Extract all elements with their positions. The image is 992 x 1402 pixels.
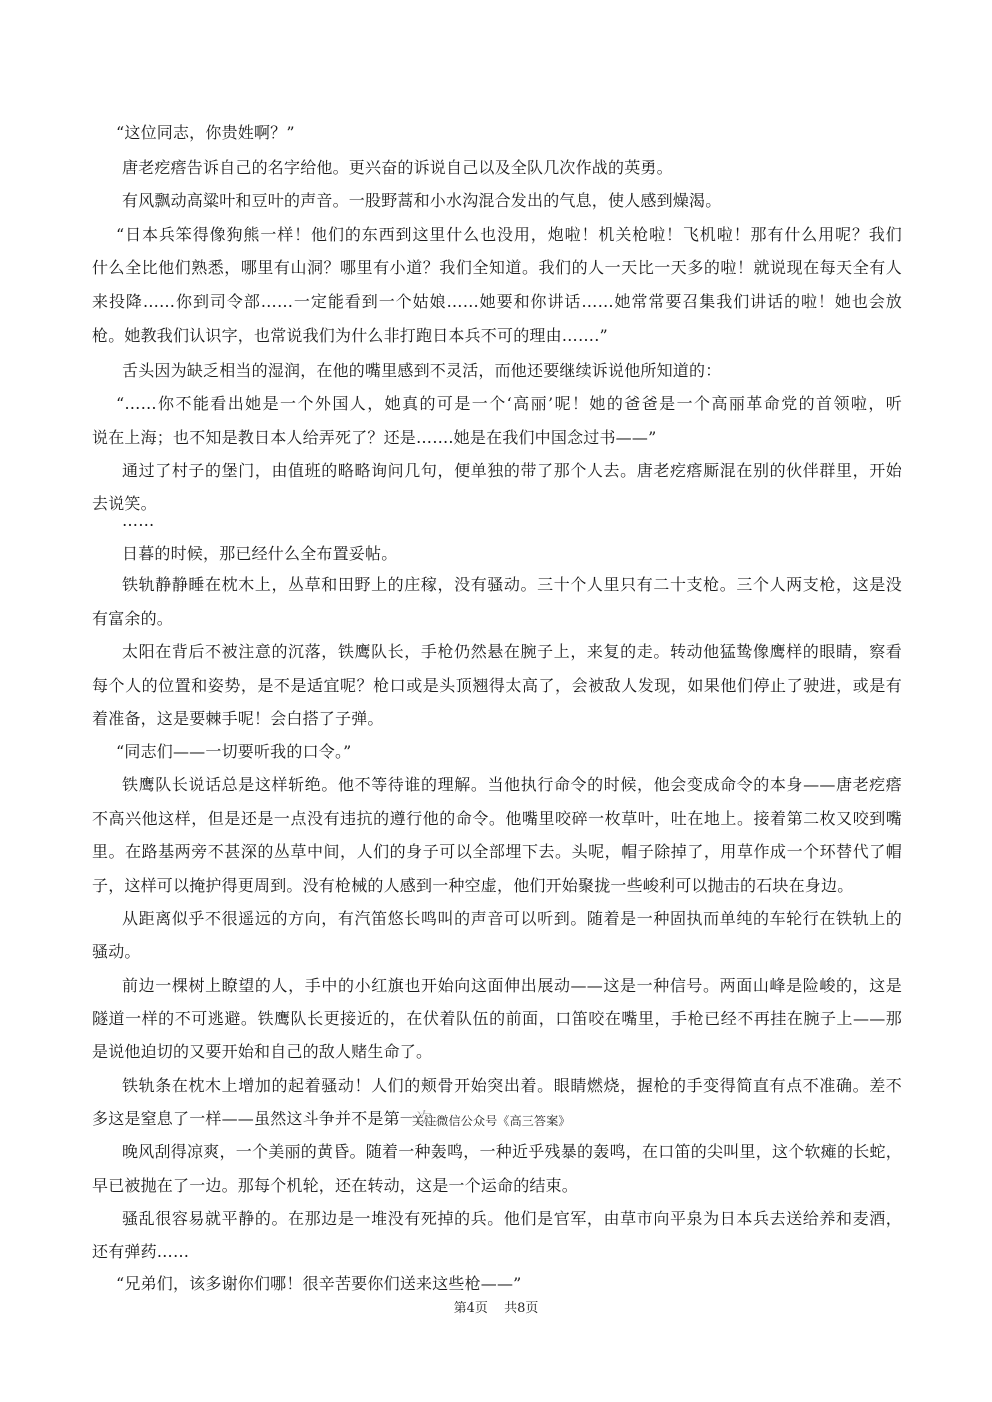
text-line: 通过了村子的堡门，由值班的略略询问几句，便单独的带了那个人去。唐老疙瘩厮混在别的… <box>122 461 902 481</box>
text-line: 说在上海；也不知是教日本人给弄死了？还是…….她是在我们中国念过书——” <box>92 428 902 448</box>
line-text: “同志们——一切要听我的口令。” <box>116 742 352 761</box>
text-line: 多这是窒息了一样——虽然这斗争并不是第一次。关注微信公众号《高三答案》 <box>92 1109 902 1129</box>
text-line: 舌头因为缺乏相当的湿润，在他的嘴里感到不灵活，而他还要继续诉说他所知道的： <box>122 361 902 381</box>
page-number: 第4页 <box>454 1301 488 1316</box>
line-text: 说在上海；也不知是教日本人给弄死了？还是…….她是在我们中国念过书——” <box>92 428 656 447</box>
text-line: 是说他迫切的又要开始和自己的敌人赌生命了。 <box>92 1042 902 1062</box>
line-text: 来投降……你到司令部……一定能看到一个姑娘……她要和你讲话……她常常要召集我们讲… <box>92 292 902 311</box>
text-line: 隧道一样的不可逃避。铁鹰队长更接近的，在伏着队伍的前面，口笛咬在嘴里，手枪已经不… <box>92 1009 902 1029</box>
text-line: 有富余的。 <box>92 609 902 629</box>
line-text: 有富余的。 <box>92 609 173 628</box>
text-line: 不高兴他这样，但是还是一点没有违抗的遵行他的命令。他嘴里咬碎一枚草叶，吐在地上。… <box>92 809 902 829</box>
line-text: 前边一棵树上瞭望的人，手中的小红旗也开始向这面伸出展动——这是一种信号。两面山峰… <box>122 976 902 995</box>
text-line: 子，这样可以掩护得更周到。没有枪械的人感到一种空虚，他们开始聚拢一些峻利可以抛击… <box>92 876 902 896</box>
text-line: 每个人的位置和姿势，是不是适宜呢？枪口或是头顶翘得太高了，会被敌人发现，如果他们… <box>92 676 902 696</box>
watermark-text: 关注微信公众号《高三答案》 <box>412 1111 571 1131</box>
line-text: 骚乱很容易就平静的。在那边是一堆没有死掉的兵。他们是官军，由草市向平泉为日本兵去… <box>122 1209 902 1228</box>
line-text: 每个人的位置和姿势，是不是适宜呢？枪口或是头顶翘得太高了，会被敌人发现，如果他们… <box>92 676 902 695</box>
line-text: 日暮的时候，那已经什么全布置妥帖。 <box>122 544 397 563</box>
line-text: …… <box>122 511 154 530</box>
line-text: 子，这样可以掩护得更周到。没有枪械的人感到一种空虚，他们开始聚拢一些峻利可以抛击… <box>92 876 853 895</box>
line-text: 还有弹药…… <box>92 1242 189 1261</box>
line-text: 铁轨静静睡在枕木上，丛草和田野上的庄稼，没有骚动。三十个人里只有二十支枪。三个人… <box>122 575 902 594</box>
text-line: “兄弟们，该多谢你们哪！很辛苦要你们送来这些枪——” <box>116 1274 902 1294</box>
line-text: “兄弟们，该多谢你们哪！很辛苦要你们送来这些枪——” <box>116 1274 522 1293</box>
text-line: 有风飘动高粱叶和豆叶的声音。一股野蒿和小水沟混合发出的气息，使人感到燥渴。 <box>122 191 902 211</box>
line-text: “……你不能看出她是一个外国人，她真的可是一个‘高丽’呢！她的爸爸是一个高丽革命… <box>116 394 902 413</box>
line-text: “日本兵笨得像狗熊一样！他们的东西到这里什么也没用，炮啦！机关枪啦！飞机啦！那有… <box>116 225 902 244</box>
line-text: 什么全比他们熟悉，哪里有山洞？哪里有小道？我们全知道。我们的人一天比一天多的啦！… <box>92 258 902 277</box>
text-line: 太阳在背后不被注意的沉落，铁鹰队长，手枪仍然悬在腕子上，来复的走。转动他猛鸷像鹰… <box>122 642 902 662</box>
text-line: 铁鹰队长说话总是这样斩绝。他不等待谁的理解。当他执行命令的时候，他会变成命令的本… <box>122 775 902 795</box>
text-line: 前边一棵树上瞭望的人，手中的小红旗也开始向这面伸出展动——这是一种信号。两面山峰… <box>122 976 902 996</box>
text-line: “……你不能看出她是一个外国人，她真的可是一个‘高丽’呢！她的爸爸是一个高丽革命… <box>116 394 902 414</box>
line-text: 从距离似乎不很遥远的方向，有汽笛悠长鸣叫的声音可以听到。随着是一种固执而单纯的车… <box>122 909 902 928</box>
line-text: 不高兴他这样，但是还是一点没有违抗的遵行他的命令。他嘴里咬碎一枚草叶，吐在地上。… <box>92 809 902 828</box>
document-page: “这位同志，你贵姓啊？”唐老疙瘩告诉自己的名字给他。更兴奋的诉说自己以及全队几次… <box>0 0 992 1402</box>
text-line: 从距离似乎不很遥远的方向，有汽笛悠长鸣叫的声音可以听到。随着是一种固执而单纯的车… <box>122 909 902 929</box>
line-text: 铁轨条在枕木上增加的起着骚动！人们的颊骨开始突出着。眼睛燃烧，握枪的手变得简直有… <box>122 1076 902 1095</box>
line-text: 晚风刮得凉爽，一个美丽的黄昏。随着一种轰鸣，一种近乎残暴的轰鸣，在口笛的尖叫里，… <box>122 1142 902 1161</box>
text-line: …… <box>122 511 902 531</box>
line-text: 通过了村子的堡门，由值班的略略询问几句，便单独的带了那个人去。唐老疙瘩厮混在别的… <box>122 461 902 480</box>
line-text: 太阳在背后不被注意的沉落，铁鹰队长，手枪仍然悬在腕子上，来复的走。转动他猛鸷像鹰… <box>122 642 902 661</box>
text-line: 着准备，这是要棘手呢！会白搭了子弹。 <box>92 709 902 729</box>
text-line: “日本兵笨得像狗熊一样！他们的东西到这里什么也没用，炮啦！机关枪啦！飞机啦！那有… <box>116 225 902 245</box>
text-line: 骚动。 <box>92 942 902 962</box>
line-text: 隧道一样的不可逃避。铁鹰队长更接近的，在伏着队伍的前面，口笛咬在嘴里，手枪已经不… <box>92 1009 902 1028</box>
line-text: 是说他迫切的又要开始和自己的敌人赌生命了。 <box>92 1042 432 1061</box>
text-line: 早已被抛在了一边。那每个机轮，还在转动，这是一个运命的结束。 <box>92 1176 902 1196</box>
line-text: 舌头因为缺乏相当的湿润，在他的嘴里感到不灵活，而他还要继续诉说他所知道的： <box>122 361 721 380</box>
line-text: 着准备，这是要棘手呢！会白搭了子弹。 <box>92 709 384 728</box>
text-line: 骚乱很容易就平静的。在那边是一堆没有死掉的兵。他们是官军，由草市向平泉为日本兵去… <box>122 1209 902 1229</box>
line-text: “这位同志，你贵姓啊？” <box>116 123 295 142</box>
text-line: 晚风刮得凉爽，一个美丽的黄昏。随着一种轰鸣，一种近乎残暴的轰鸣，在口笛的尖叫里，… <box>122 1142 902 1162</box>
text-line: 里。在路基两旁不甚深的丛草中间，人们的身子可以全部埋下去。头呢，帽子除掉了，用草… <box>92 842 902 862</box>
text-line: 日暮的时候，那已经什么全布置妥帖。 <box>122 544 902 564</box>
line-text: 里。在路基两旁不甚深的丛草中间，人们的身子可以全部埋下去。头呢，帽子除掉了，用草… <box>92 842 902 861</box>
line-text: 有风飘动高粱叶和豆叶的声音。一股野蒿和小水沟混合发出的气息，使人感到燥渴。 <box>122 191 721 210</box>
text-line: 还有弹药…… <box>92 1242 902 1262</box>
page-total: 共8页 <box>504 1301 538 1316</box>
text-line: 铁轨条在枕木上增加的起着骚动！人们的颊骨开始突出着。眼睛燃烧，握枪的手变得简直有… <box>122 1076 902 1096</box>
line-text: 多这是窒息了一样——虽然这斗争并不是第一次。 <box>92 1109 448 1128</box>
text-line: 枪。她教我们认识字，也常说我们为什么非打跑日本兵不可的理由…….” <box>92 326 902 346</box>
line-text: 骚动。 <box>92 942 141 961</box>
text-line: “同志们——一切要听我的口令。” <box>116 742 902 762</box>
page-footer: 第4页 共8页 <box>0 1297 992 1316</box>
line-text: 铁鹰队长说话总是这样斩绝。他不等待谁的理解。当他执行命令的时候，他会变成命令的本… <box>122 775 902 794</box>
text-line: 什么全比他们熟悉，哪里有山洞？哪里有小道？我们全知道。我们的人一天比一天多的啦！… <box>92 258 902 278</box>
line-text: 唐老疙瘩告诉自己的名字给他。更兴奋的诉说自己以及全队几次作战的英勇。 <box>122 158 673 177</box>
text-line: “这位同志，你贵姓啊？” <box>116 123 902 143</box>
text-line: 来投降……你到司令部……一定能看到一个姑娘……她要和你讲话……她常常要召集我们讲… <box>92 292 902 312</box>
text-line: 唐老疙瘩告诉自己的名字给他。更兴奋的诉说自己以及全队几次作战的英勇。 <box>122 158 902 178</box>
line-text: 早已被抛在了一边。那每个机轮，还在转动，这是一个运命的结束。 <box>92 1176 578 1195</box>
line-text: 枪。她教我们认识字，也常说我们为什么非打跑日本兵不可的理由…….” <box>92 326 608 345</box>
text-line: 铁轨静静睡在枕木上，丛草和田野上的庄稼，没有骚动。三十个人里只有二十支枪。三个人… <box>122 575 902 595</box>
